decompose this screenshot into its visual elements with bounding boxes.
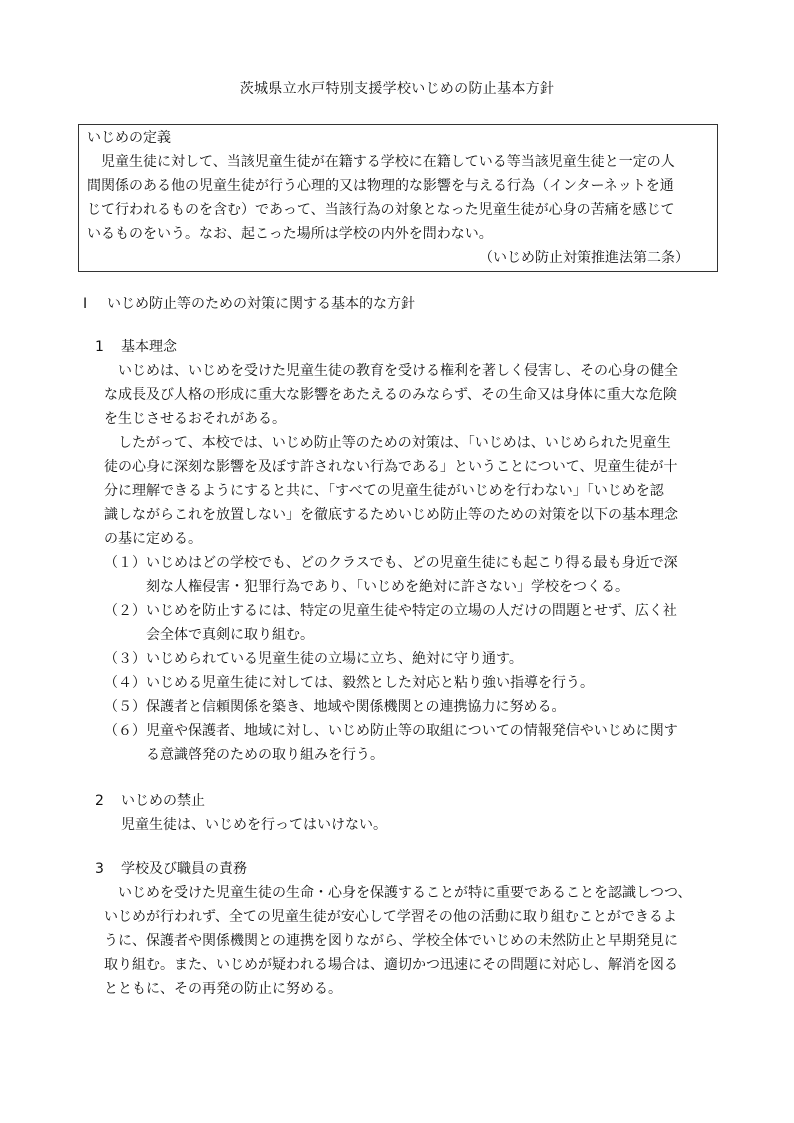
definition-line: いるものをいう。なお、起こった場所は学校の内外を問わない。 [87,222,493,246]
section-number: 3 [95,857,121,881]
paragraph-line: の基に定める。 [104,527,202,551]
section-1-heading: 1基本理念 [95,335,177,359]
chapter-number: Ⅰ [83,292,107,316]
definition-line: 間関係のある他の児童生徒が行う心理的又は物理的な影響を与える行為（インターネット… [87,174,674,198]
paragraph-line: したがって、本校では、いじめ防止等のための対策は、「いじめは、いじめられた児童生 [104,431,671,455]
paragraph-line: 識しながらこれを放置しない」を徹底するためいじめ防止等のための対策を以下の基本理… [104,503,678,527]
paragraph-line: いじめは、いじめを受けた児童生徒の教育を受ける権利を著しく侵害し、その心身の健全 [104,359,678,383]
section-title: 基本理念 [121,339,177,355]
definition-citation: （いじめ防止対策推進法第二条） [479,246,689,270]
definition-box: いじめの定義 児童生徒に対して、当該児童生徒が在籍する学校に在籍している等当該児… [78,124,718,272]
list-item: （１）いじめはどの学校でも、どのクラスでも、どの児童生徒にも起こり得る最も身近で… [104,551,678,575]
paragraph-line: いじめが行われず、全ての児童生徒が安心して学習その他の活動に取り組むことができる… [104,905,677,929]
paragraph-line: 取り組む。また、いじめが疑われる場合は、適切かつ迅速にその問題に対応し、解消を図… [104,953,678,977]
definition-line: じて行われるものを含む）であって、当該行為の対象となった児童生徒が心身の苦痛を感… [87,198,675,222]
paragraph-line: いじめを受けた児童生徒の生命・心身を保護することが特に重要であることを認識しつつ… [104,881,691,905]
paragraph-line: うに、保護者や関係機関との連携を図りながら、学校全体でいじめの未然防止と早期発見… [104,929,678,953]
list-item: （２）いじめを防止するには、特定の児童生徒や特定の立場の人だけの問題とせず、広く… [104,599,677,623]
list-item: （６）児童や保護者、地域に対し、いじめ防止等の取組についての情報発信やいじめに関… [104,719,678,743]
item-text: 児童や保護者、地域に対し、いじめ防止等の取組についての情報発信やいじめに関す [146,723,678,739]
paragraph-line: な成長及び人格の形成に重大な影響をあたえるのみならず、その生命又は身体に重大な危… [104,383,677,407]
item-label: （６） [104,719,146,743]
item-text: いじめはどの学校でも、どのクラスでも、どの児童生徒にも起こり得る最も身近で深 [146,555,678,571]
list-item: （３）いじめられている児童生徒の立場に立ち、絶対に守り通す。 [104,647,523,671]
section-3-heading: 3学校及び職員の責務 [95,857,247,881]
item-label: （５） [104,695,146,719]
definition-heading: いじめの定義 [87,126,171,150]
section-number: 2 [95,789,121,813]
list-item-continuation: る意識啓発のための取り組みを行う。 [146,743,384,767]
section-number: 1 [95,335,121,359]
chapter-heading: Ⅰいじめ防止等のための対策に関する基本的な方針 [83,292,415,316]
list-item-continuation: 刻な人権侵害・犯罪行為であり、「いじめを絶対に許さない」学校をつくる。 [146,575,629,599]
definition-line: 児童生徒に対して、当該児童生徒が在籍する学校に在籍している等当該児童生徒と一定の… [87,150,675,174]
paragraph-line: を生じさせるおそれがある。 [104,407,286,431]
list-item-continuation: 会全体で真剣に取り組む。 [146,623,314,647]
paragraph-line: とともに、その再発の防止に努める。 [104,977,342,1001]
section-title: 学校及び職員の責務 [121,861,247,877]
page-title: 茨城県立水戸特別支援学校いじめの防止基本方針 [0,78,794,98]
item-text: いじめられている児童生徒の立場に立ち、絶対に守り通す。 [146,651,523,667]
list-item: （５）保護者と信頼関係を築き、地域や関係機関との連携協力に努める。 [104,695,565,719]
section-2-heading: 2いじめの禁止 [95,789,205,813]
item-label: （３） [104,647,146,671]
section-title: いじめの禁止 [121,793,205,809]
item-text: 保護者と信頼関係を築き、地域や関係機関との連携協力に努める。 [146,699,565,715]
item-label: （２） [104,599,146,623]
chapter-title: いじめ防止等のための対策に関する基本的な方針 [107,296,415,312]
paragraph-line: 分に理解できるようにすると共に、「すべての児童生徒がいじめを行わない」「いじめを… [104,479,664,503]
paragraph-line: 徒の心身に深刻な影響を及ぼす許されない行為である」ということについて、児童生徒が… [104,455,677,479]
list-item: （４）いじめる児童生徒に対しては、毅然とした対応と粘り強い指導を行う。 [104,671,594,695]
paragraph-line: 児童生徒は、いじめを行ってはいけない。 [121,813,387,837]
item-label: （４） [104,671,146,695]
item-label: （１） [104,551,146,575]
item-text: いじめを防止するには、特定の児童生徒や特定の立場の人だけの問題とせず、広く社 [146,603,677,619]
item-text: いじめる児童生徒に対しては、毅然とした対応と粘り強い指導を行う。 [146,675,594,691]
